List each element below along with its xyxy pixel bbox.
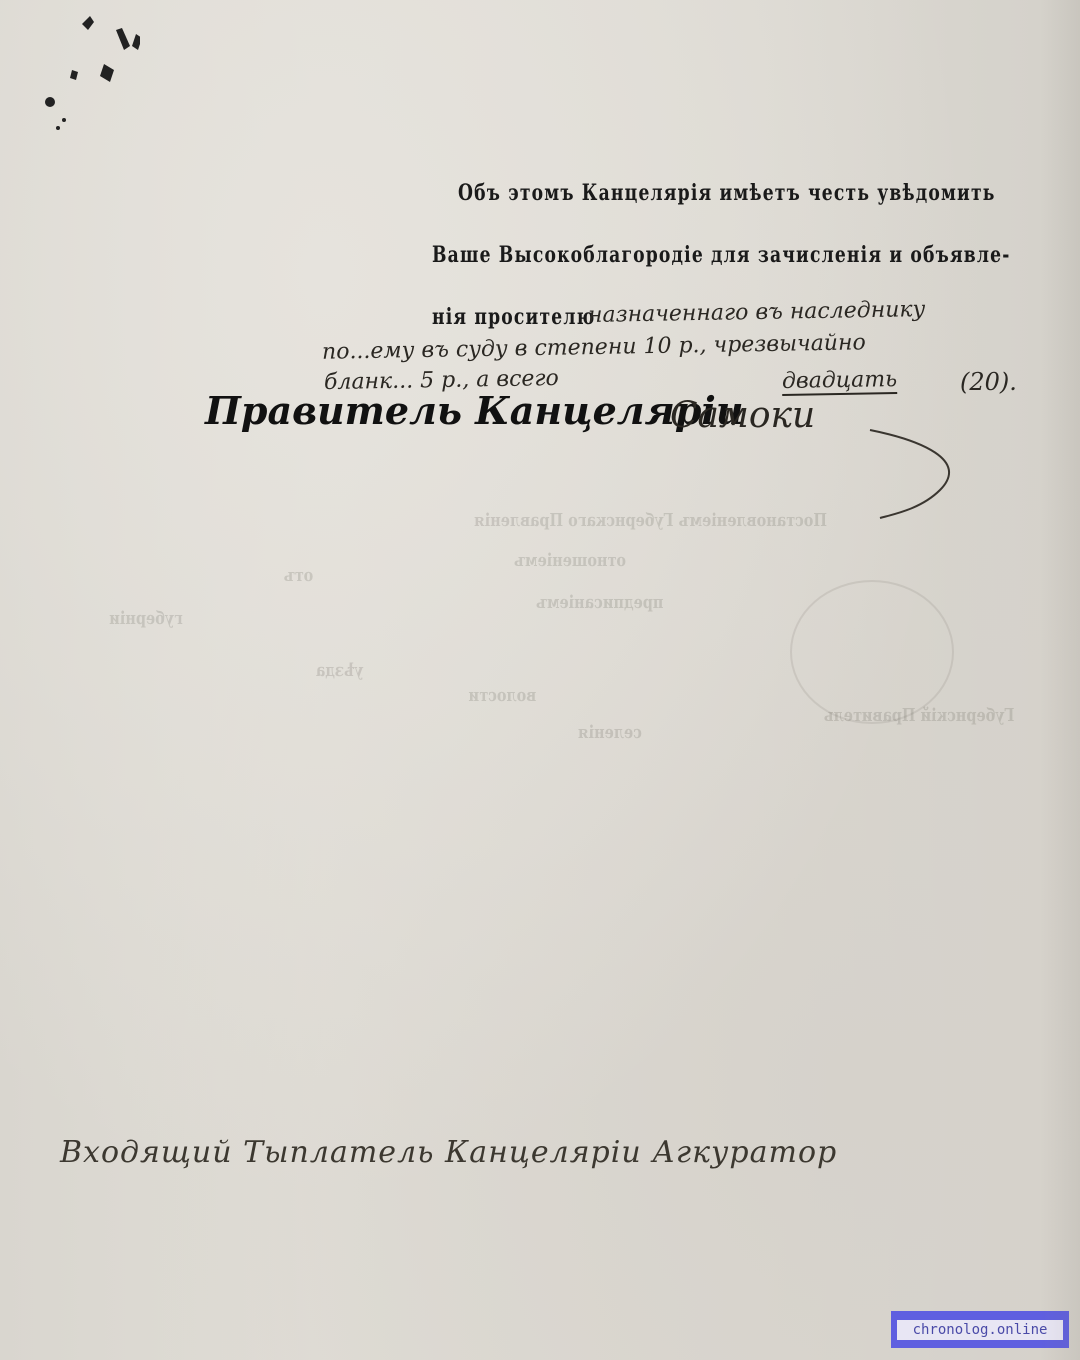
bleed-through-line: отъ [284,565,314,586]
bleed-through-line: отношеніемъ [514,550,626,571]
handwritten-amount-words: двадцать [782,367,898,396]
signature-flourish-icon [860,420,980,520]
bleed-through-line: предписаніемъ [536,592,663,613]
printed-line-2: Ваше Высокоблагородіе для зачисленія и о… [432,242,1011,268]
signature: Самоки [670,395,815,436]
ink-marks-icon [20,10,140,130]
watermark-label: chronolog.online [897,1320,1063,1340]
bleed-through-line: Постановленіемъ Губернскаго Правленія [474,510,827,531]
faded-seal [790,580,954,724]
document-page: Постановленіемъ Губернскаго Правленія от… [0,0,1080,1360]
printed-line-1: Объ этомъ Канцелярія имѣетъ честь увѣдом… [458,180,996,206]
watermark-badge[interactable]: chronolog.online [891,1311,1069,1348]
bleed-through-line: волости [468,685,536,706]
bottom-handwritten-note: Входящий Тыплатель Канцеляріи Агкуратор [60,1135,837,1170]
bleed-through-line: уѣзда [316,660,363,681]
printed-line-3: нія просителю [432,304,595,330]
handwritten-amount-numeric: (20). [960,368,1017,396]
bleed-through-line: губерніи [109,608,183,629]
handwritten-line-2: по...ему въ суду в степени 10 р., чрезвы… [322,330,866,364]
handwritten-line-1: назначеннаго въ наследнику [588,297,926,328]
bleed-through-line: селенія [578,722,642,743]
signature-title: Правитель Канцеляріи [205,388,743,433]
